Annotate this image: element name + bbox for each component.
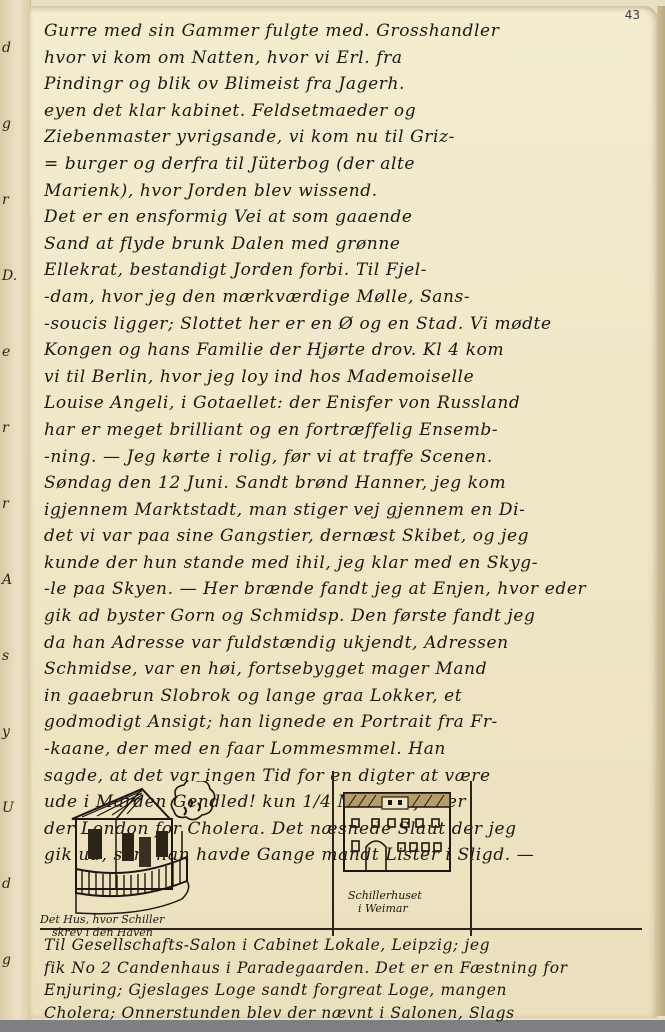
journal-page: 43 Gurre med sin Gammer fulgte med. Gros…	[30, 6, 658, 1018]
handwritten-line: -soucis ligger; Slottet her er en Ø og e…	[44, 311, 644, 338]
handwritten-footer-line: Enjuring; Gjeslages Loge sandt forgreat …	[44, 979, 644, 1002]
facing-page-fragment: e	[2, 344, 10, 360]
handwritten-line: kunde der hun stande med ihil, jeg klar …	[44, 550, 644, 577]
sketch-divider-right	[470, 781, 472, 936]
handwritten-line: hvor vi kom om Natten, hvor vi Erl. fra	[44, 45, 644, 72]
handwritten-line: Marienk), hvor Jorden blev wissend.	[44, 178, 644, 205]
handwritten-footer-line: Cholera; Onnerstunden blev der nævnt i S…	[44, 1002, 644, 1025]
handwritten-line: Sand at flyde brunk Dalen med grønne	[44, 231, 644, 258]
handwritten-line: eyen det klar kabinet. Feldsetmaeder og	[44, 98, 644, 125]
handwritten-line: -dam, hvor jeg den mærkværdige Mølle, Sa…	[44, 284, 644, 311]
facing-page-edge: dgrD.errAsyUdg	[0, 0, 31, 1020]
handwritten-line: Pindingr og blik ov Blimeist fra Jagerh.	[44, 71, 644, 98]
handwritten-line: har er meget brilliant og en fortræffeli…	[44, 417, 644, 444]
sketch-area: Det Hus, hvor Schiller skrev i den Haven	[30, 771, 658, 931]
handwritten-line: igjennem Marktstadt, man stiger vej gjen…	[44, 497, 644, 524]
handwritten-line: Ellekrat, bestandigt Jorden forbi. Til F…	[44, 257, 644, 284]
handwritten-line: -le paa Skyen. — Her brænde fandt jeg at…	[44, 576, 644, 603]
house-sketch-icon	[42, 781, 222, 921]
handwritten-line: Schmidse, var en høi, fortsebygget mager…	[44, 656, 644, 683]
facing-page-fragment: U	[2, 800, 14, 816]
handwritten-body: Gurre med sin Gammer fulgte med. Grossha…	[44, 18, 644, 869]
schillerhaus-sketch-caption: Schillerhuset i Weimar	[348, 889, 422, 915]
facing-page-fragment: s	[2, 648, 9, 664]
handwritten-line: da han Adresse var fuldstændig ukjendt, …	[44, 630, 644, 657]
journal-spread: dgrD.errAsyUdg 43 Gurre med sin Gammer f…	[0, 0, 665, 1020]
handwritten-line: = burger og derfra til Jüterbog (der alt…	[44, 151, 644, 178]
handwritten-line: det vi var paa sine Gangstier, dernæst S…	[44, 523, 644, 550]
facing-page-fragment: D.	[2, 268, 17, 284]
facing-page-fragment: r	[2, 420, 9, 436]
facing-page-fragment: A	[2, 572, 12, 588]
section-divider	[40, 928, 642, 930]
page-stack-edge	[657, 6, 665, 1016]
handwritten-line: Ziebenmaster yvrigsande, vi kom nu til G…	[44, 124, 644, 151]
handwritten-line: Louise Angeli, i Gotaellet: der Enisfer …	[44, 390, 644, 417]
handwritten-line: Kongen og hans Familie der Hjørte drov. …	[44, 337, 644, 364]
facing-page-fragment: r	[2, 192, 9, 208]
handwritten-line: Gurre med sin Gammer fulgte med. Grossha…	[44, 18, 644, 45]
handwritten-footer-line: fik No 2 Candenhaus i Paradegaarden. Det…	[44, 957, 644, 980]
handwritten-line: godmodigt Ansigt; han lignede en Portrai…	[44, 709, 644, 736]
handwritten-footer: Til Gesellschafts-Salon i Cabinet Lokale…	[44, 934, 644, 1024]
facing-page-fragment: g	[2, 952, 11, 968]
handwritten-line: Det er en ensformig Vei at som gaaende	[44, 204, 644, 231]
handwritten-line: in gaaebrun Slobrok og lange graa Lokker…	[44, 683, 644, 710]
facing-page-fragment: g	[2, 116, 11, 132]
handwritten-line: Søndag den 12 Juni. Sandt brønd Hanner, …	[44, 470, 644, 497]
schillerhaus-sketch-icon	[342, 789, 454, 879]
handwritten-line: -kaane, der med en faar Lommesmmel. Han	[44, 736, 644, 763]
facing-page-fragment: y	[2, 724, 10, 740]
sketch-divider-left	[332, 771, 334, 936]
facing-page-fragment: d	[2, 40, 11, 56]
handwritten-footer-line: Til Gesellschafts-Salon i Cabinet Lokale…	[44, 934, 644, 957]
facing-page-fragment: r	[2, 496, 9, 512]
handwritten-line: vi til Berlin, hvor jeg loy ind hos Made…	[44, 364, 644, 391]
handwritten-line: -ning. — Jeg kørte i rolig, før vi at tr…	[44, 444, 644, 471]
facing-page-fragment: d	[2, 876, 11, 892]
handwritten-line: gik ad byster Gorn og Schmidsp. Den førs…	[44, 603, 644, 630]
